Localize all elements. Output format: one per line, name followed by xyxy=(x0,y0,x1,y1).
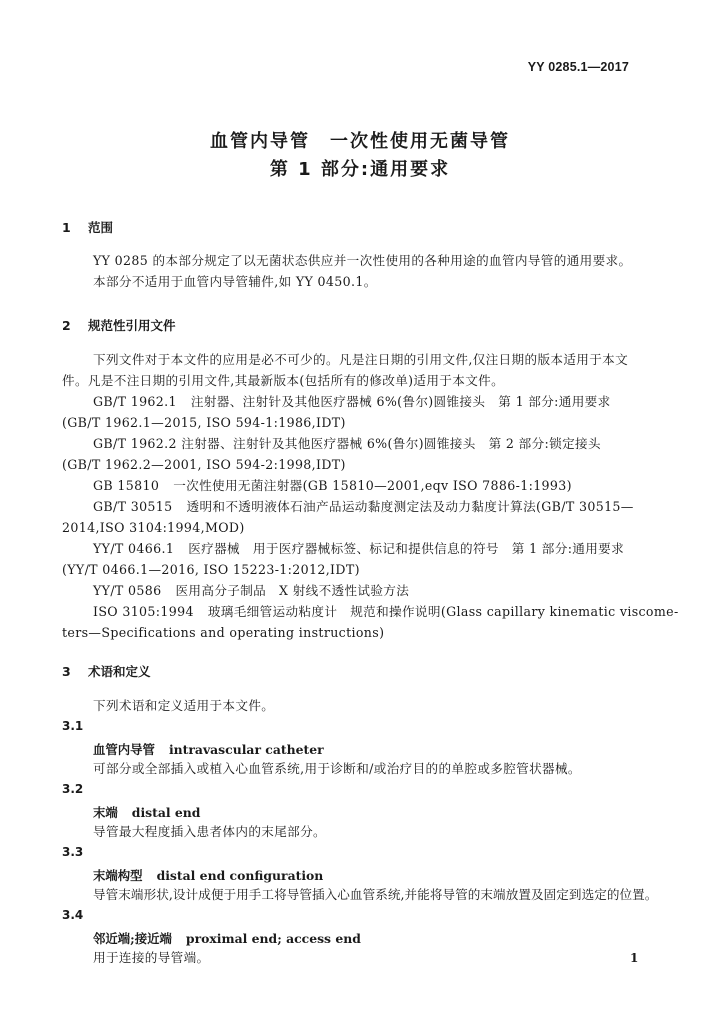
reference-title: 医疗器械 用于医疗器械标签、标记和提供信息的符号 第 1 部分:通用要求 xyxy=(188,541,624,556)
references-intro-line-1: 下列文件对于本文件的应用是必不可少的。凡是注日期的引用文件,仅注日期的版本适用于… xyxy=(93,352,628,368)
term-en: intravascular catheter xyxy=(169,742,324,757)
term-entry: 血管内导管intravascular catheter xyxy=(93,740,324,758)
term-entry: 末端构型distal end configuration xyxy=(93,866,323,884)
page-number: 1 xyxy=(630,951,638,965)
section-heading-scope: 1范围 xyxy=(62,218,113,236)
reference-code: GB 15810 xyxy=(93,478,159,493)
reference-code: GB/T 1962.1 xyxy=(93,394,177,409)
reference-title: 注射器、注射针及其他医疗器械 6%(鲁尔)圆锥接头 第 2 部分:锁定接头 xyxy=(181,436,601,451)
term-definition: 导管最大程度插入患者体内的末尾部分。 xyxy=(93,824,326,840)
document-title-line-1: 血管内导管 一次性使用无菌导管 xyxy=(0,127,720,153)
term-zh: 末端构型 xyxy=(93,868,143,883)
standard-code: YY 0285.1—2017 xyxy=(528,60,629,74)
reference-item: GB/T 30515透明和不透明液体石油产品运动黏度测定法及动力黏度计算法(GB… xyxy=(93,499,634,515)
terms-intro: 下列术语和定义适用于本文件。 xyxy=(93,698,274,714)
reference-item-continuation: (GB/T 1962.2—2001, ISO 594-2:1998,IDT) xyxy=(62,457,346,473)
section-number: 3 xyxy=(62,664,88,679)
section-number: 2 xyxy=(62,318,88,333)
reference-code: YY/T 0466.1 xyxy=(93,541,174,556)
references-intro-line-2: 件。凡是不注日期的引用文件,其最新版本(包括所有的修改单)适用于本文件。 xyxy=(62,373,504,389)
reference-title: 注射器、注射针及其他医疗器械 6%(鲁尔)圆锥接头 第 1 部分:通用要求 xyxy=(191,394,611,409)
term-definition: 用于连接的导管端。 xyxy=(93,950,210,966)
reference-item: YY/T 0466.1医疗器械 用于医疗器械标签、标记和提供信息的符号 第 1 … xyxy=(93,541,624,557)
clause-number: 3.2 xyxy=(62,782,83,796)
section-title: 范围 xyxy=(88,220,113,235)
section-heading-normative-references: 2规范性引用文件 xyxy=(62,316,176,334)
term-entry: 邻近端;接近端proximal end; access end xyxy=(93,929,361,947)
term-zh: 血管内导管 xyxy=(93,742,155,757)
reference-code: GB/T 30515 xyxy=(93,499,173,514)
term-en: distal end xyxy=(132,805,201,820)
term-en: distal end configuration xyxy=(157,868,324,883)
term-definition: 可部分或全部插入或植入心血管系统,用于诊断和/或治疗目的的单腔或多腔管状器械。 xyxy=(93,761,581,777)
section-heading-terms: 3术语和定义 xyxy=(62,662,151,680)
clause-number: 3.1 xyxy=(62,719,83,733)
term-definition: 导管末端形状,设计成便于用手工将导管插入心血管系统,并能将导管的末端放置及固定到… xyxy=(93,887,657,903)
reference-item-continuation: (GB/T 1962.1—2015, ISO 594-1:1986,IDT) xyxy=(62,415,346,431)
reference-item: ISO 3105:1994玻璃毛细管运动粘度计 规范和操作说明(Glass ca… xyxy=(93,604,679,620)
scope-paragraph-1: YY 0285 的本部分规定了以无菌状态供应并一次性使用的各种用途的血管内导管的… xyxy=(93,253,631,269)
reference-item: GB/T 1962.1注射器、注射针及其他医疗器械 6%(鲁尔)圆锥接头 第 1… xyxy=(93,394,611,410)
reference-title: 医用高分子制品 X 射线不透性试验方法 xyxy=(175,583,409,598)
scope-paragraph-2: 本部分不适用于血管内导管辅件,如 YY 0450.1。 xyxy=(93,274,377,290)
section-number: 1 xyxy=(62,220,88,235)
reference-code: YY/T 0586 xyxy=(93,583,161,598)
document-title-line-2: 第 1 部分:通用要求 xyxy=(0,155,720,181)
reference-title: 玻璃毛细管运动粘度计 规范和操作说明(Glass capillary kinem… xyxy=(208,604,679,619)
section-title: 规范性引用文件 xyxy=(88,318,176,333)
term-zh: 邻近端;接近端 xyxy=(93,931,172,946)
reference-item-continuation: (YY/T 0466.1—2016, ISO 15223-1:2012,IDT) xyxy=(62,562,360,578)
term-entry: 末端distal end xyxy=(93,803,200,821)
term-zh: 末端 xyxy=(93,805,118,820)
reference-title: 一次性使用无菌注射器(GB 15810—2001,eqv ISO 7886-1:… xyxy=(173,478,572,493)
section-title: 术语和定义 xyxy=(88,664,151,679)
reference-item: GB 15810一次性使用无菌注射器(GB 15810—2001,eqv ISO… xyxy=(93,478,572,494)
clause-number: 3.4 xyxy=(62,908,83,922)
reference-item-continuation: ters—Specifications and operating instru… xyxy=(62,625,384,641)
clause-number: 3.3 xyxy=(62,845,83,859)
reference-item: GB/T 1962.2 注射器、注射针及其他医疗器械 6%(鲁尔)圆锥接头 第 … xyxy=(93,436,601,452)
reference-code: GB/T 1962.2 xyxy=(93,436,177,451)
reference-item-continuation: 2014,ISO 3104:1994,MOD) xyxy=(62,520,245,536)
term-en: proximal end; access end xyxy=(186,931,361,946)
reference-code: ISO 3105:1994 xyxy=(93,604,194,619)
reference-title: 透明和不透明液体石油产品运动黏度测定法及动力黏度计算法(GB/T 30515— xyxy=(187,499,634,514)
reference-item: YY/T 0586医用高分子制品 X 射线不透性试验方法 xyxy=(93,583,409,599)
